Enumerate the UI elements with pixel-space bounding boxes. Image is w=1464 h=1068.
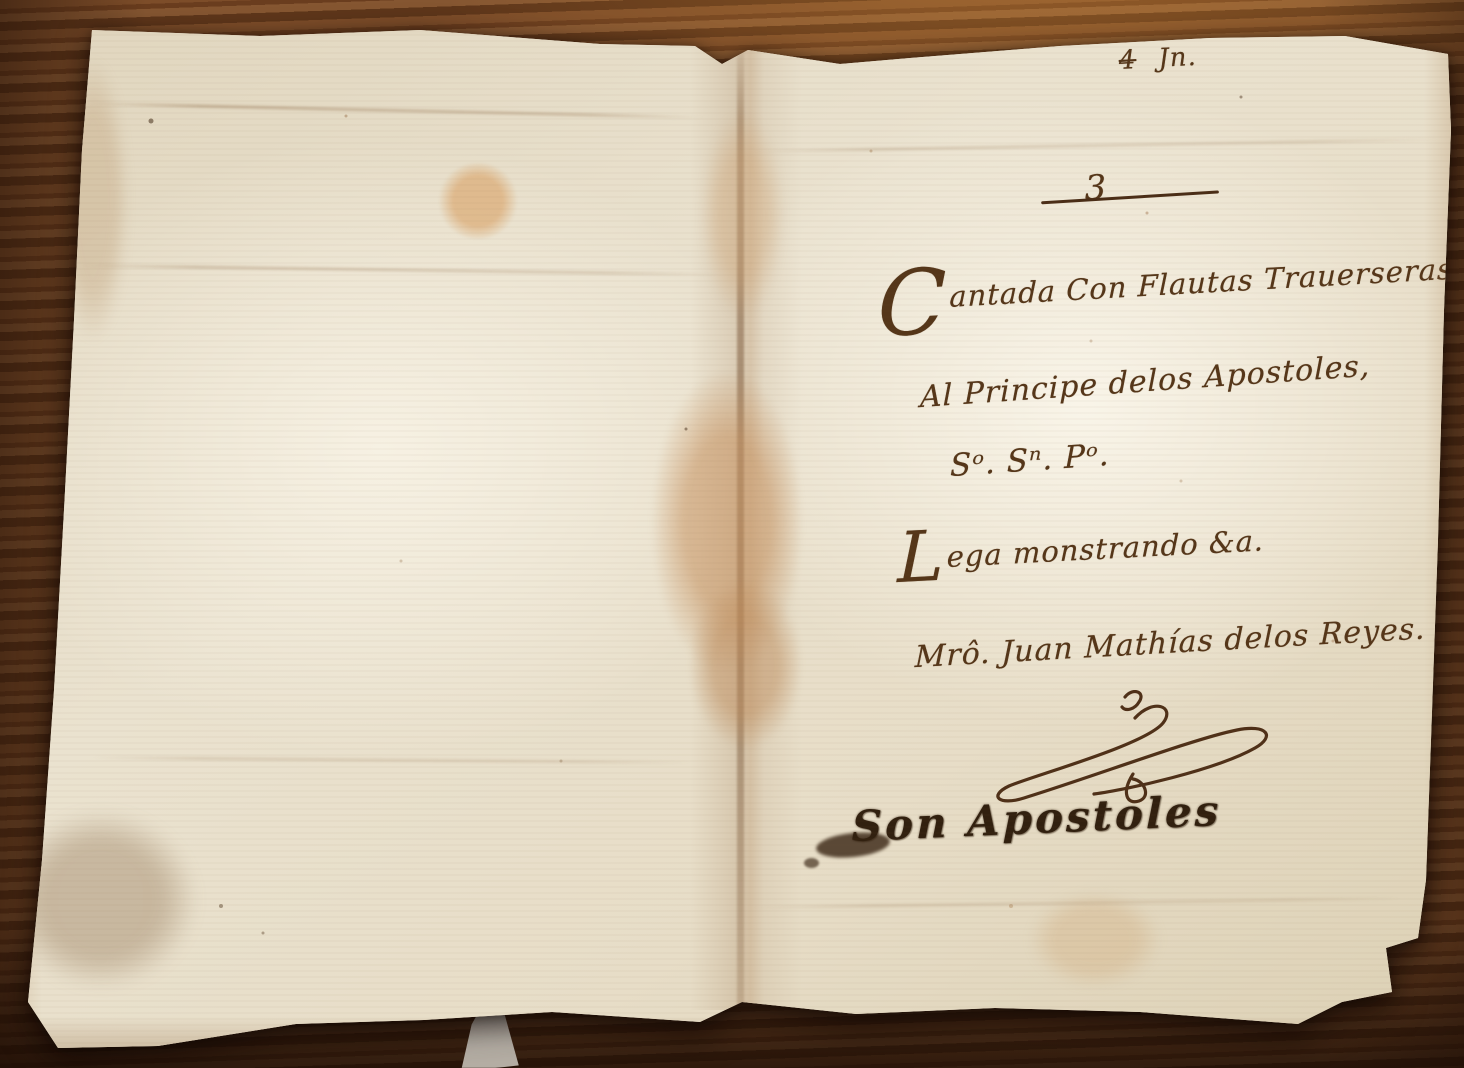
round-stain [438, 163, 518, 239]
foxing-speckles [0, 0, 2, 2]
folio-strike-line [1041, 190, 1219, 203]
ink-smudge-droplet [804, 858, 819, 868]
title-line-incipit: Lega monstrando &a. [897, 519, 1264, 580]
folio-number: 3 [1084, 168, 1108, 209]
title-line-cantada: Cantada Con Flautas Trauerseras, [877, 249, 1463, 331]
struck-number: 4 [1118, 45, 1137, 76]
right-page-crease [752, 138, 1440, 153]
manuscript-bifolium-paper: 4Jn. 3 Cantada Con Flautas Trauerseras, … [0, 0, 1464, 1068]
bottom-left-stain [6, 812, 196, 987]
title-line-dedication: Al Principe delos Apostoles, [920, 349, 1370, 416]
left-page-crease [80, 264, 720, 276]
bottom-smudged-label: Son Apostoles [852, 786, 1222, 851]
title-line-composer: Mrô. Juan Mathías delos Reyes. [915, 611, 1426, 675]
corner-initials: Jn. [1157, 42, 1197, 74]
left-page-crease [92, 756, 692, 764]
title-line-saint-abbreviation: Sᵒ. Sⁿ. Pᵒ. [950, 437, 1110, 484]
paper-shadow-wrapper: 4Jn. 3 Cantada Con Flautas Trauerseras, … [0, 0, 1464, 1068]
center-fold-shading [690, 10, 802, 1010]
right-bottom-stain [1030, 892, 1160, 987]
manuscript-photograph: 4Jn. 3 Cantada Con Flautas Trauerseras, … [0, 0, 1464, 1068]
left-page-crease [88, 102, 703, 119]
center-fold-crease [737, 22, 744, 1007]
top-corner-annotation: 4Jn. [1118, 42, 1197, 76]
folio-mark: 3 [1040, 163, 1232, 224]
right-page-crease [752, 897, 1402, 909]
